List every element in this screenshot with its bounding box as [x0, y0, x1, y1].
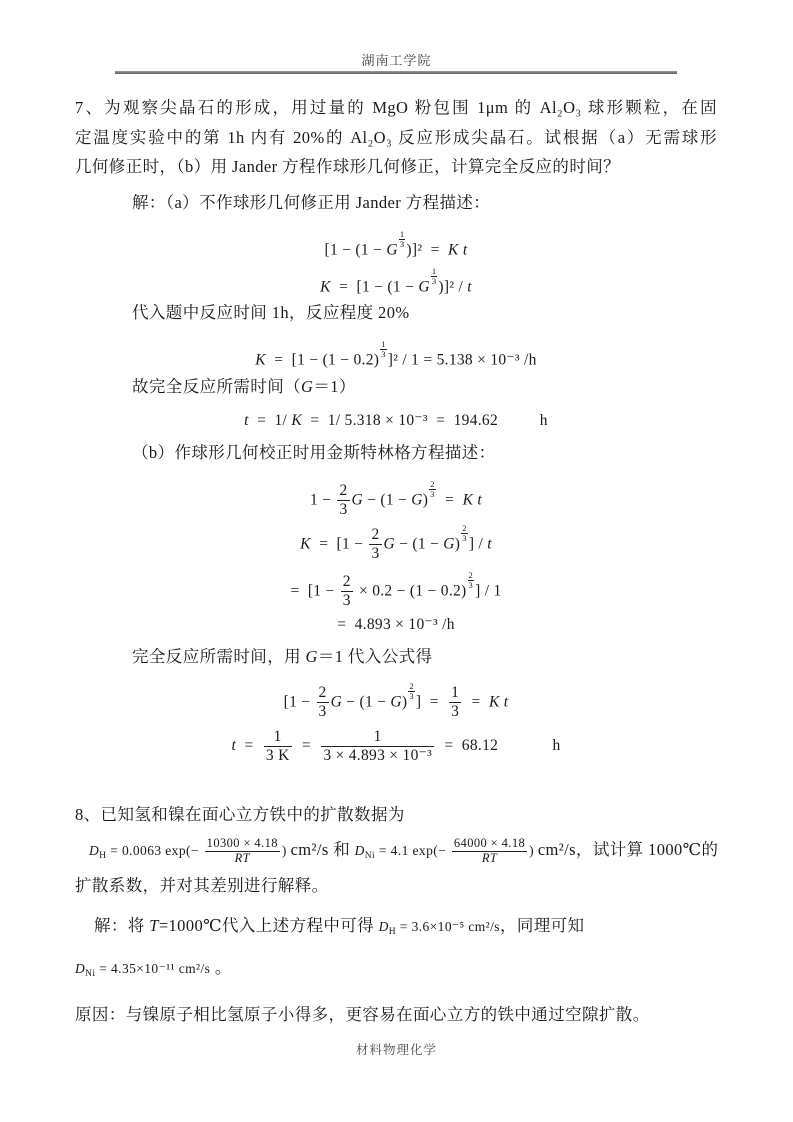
text-segment: = [1 −	[311, 535, 368, 552]
text-segment: )	[529, 843, 538, 858]
text-segment: )]² /	[438, 278, 467, 295]
q7-substitute-line: 代入题中反应时间 1h，反应程度 20%	[75, 303, 774, 324]
text-segment: = 0.0063 exp(−	[106, 843, 202, 858]
fraction: 64000 × 4.18RT	[452, 837, 527, 866]
text-segment: =	[437, 491, 463, 508]
text-segment: = [1 −	[290, 582, 338, 599]
text-segment: [1 − (1 −	[325, 241, 387, 258]
text-segment: = 4.35×10⁻¹¹ cm²/s	[95, 961, 210, 976]
text-segment: =	[236, 737, 262, 754]
subscript: Ni	[85, 969, 95, 979]
exponent-fraction: 13	[431, 267, 438, 287]
text-segment: = [1 − (1 −	[331, 278, 419, 295]
text-segment: G	[306, 647, 318, 666]
subscript: Ni	[365, 851, 375, 861]
text-segment: G	[352, 491, 364, 508]
text-segment: × 0.2 − (1 − 0.2)	[355, 582, 467, 599]
text-segment: ] =	[416, 693, 447, 710]
text-segment: )	[402, 693, 407, 710]
text-segment: K	[291, 412, 302, 429]
equation-ginstling-sub: = [1 − 23 × 0.2 − (1 − 0.2)23] / 1	[75, 571, 717, 610]
fraction: 23	[369, 526, 381, 563]
text-segment: )	[282, 843, 291, 858]
q8-diffusion-formula-line: DH = 0.0063 exp(− 10300 × 4.18RT) cm²/s …	[75, 837, 731, 866]
equation-time-b: t = 13 K = 13 × 4.893 × 10⁻³ = 68.12 h	[75, 728, 717, 765]
text-segment: K	[255, 351, 266, 368]
q7-solution-a-label: 解：（a）不作球形几何修正用 Jander 方程描述：	[75, 193, 774, 214]
q8-reason-line: 原因：与镍原子相比氢原子小得多，更容易在面心立方的铁中通过空隙扩散。	[75, 1005, 717, 1026]
text-segment: G	[331, 693, 343, 710]
q7-text-line-1: 7、为观察尖晶石的形成，用过量的 MgO 粉包围 1μm 的 Al₂O₃ 球形颗…	[75, 98, 717, 119]
q8-solution-line-1: 解：将 T=1000℃代入上述方程中可得 DH = 3.6×10⁻⁵ cm²/s…	[75, 916, 736, 939]
text-segment: =	[294, 737, 320, 754]
text-segment: G	[418, 278, 430, 295]
equation-ginstling-k-value: = 4.893 × 10⁻³ /h	[75, 616, 717, 635]
text-segment: − (1 −	[395, 535, 443, 552]
text-segment: − (1 −	[363, 491, 411, 508]
text-segment: G	[443, 535, 455, 552]
page-header-school: 湖南工学院	[0, 50, 793, 69]
text-segment: t	[487, 535, 492, 552]
text-segment: 。	[210, 958, 231, 977]
text-segment: cm²/s，试计算 1000℃的	[538, 840, 719, 859]
text-segment: )]² =	[406, 241, 448, 258]
text-segment: 故完全反应所需时间（	[132, 377, 301, 396]
text-segment: 解：将	[94, 916, 149, 935]
text-segment: G	[411, 491, 423, 508]
q7-complete-time-label: 故完全反应所需时间（G＝1）	[75, 377, 774, 398]
exponent-fraction: 23	[408, 682, 415, 702]
text-segment: D	[89, 843, 99, 858]
text-segment: =	[463, 693, 489, 710]
text-segment: ] /	[469, 535, 487, 552]
exponent-fraction: 13	[380, 340, 387, 360]
exponent-fraction: 23	[429, 480, 436, 500]
exponent-fraction: 13	[399, 230, 406, 250]
text-segment: t	[467, 278, 472, 295]
equation-ginstling-general: 1 − 23G − (1 − G)23 = K t	[75, 480, 717, 519]
fraction: 13 × 4.893 × 10⁻³	[321, 728, 434, 765]
text-segment: D	[379, 919, 389, 934]
text-segment: K	[320, 278, 331, 295]
text-segment: D	[75, 961, 85, 976]
fraction: 13	[449, 684, 461, 721]
equation-jander-general: [1 − (1 − G13)]² = K t	[75, 230, 717, 260]
text-segment: G	[390, 693, 402, 710]
text-segment: K t	[489, 693, 508, 710]
fraction: 23	[337, 482, 349, 519]
fraction: 13 K	[264, 728, 292, 765]
document-page: 湖南工学院 7、为观察尖晶石的形成，用过量的 MgO 粉包围 1μm 的 Al₂…	[0, 0, 793, 1122]
text-segment: = [1 − (1 − 0.2)	[266, 351, 379, 368]
text-segment: = 1/ 5.318 × 10⁻³ = 194.62 h	[302, 412, 548, 429]
fraction: 23	[317, 684, 329, 721]
text-segment: = 4.1 exp(−	[375, 843, 450, 858]
text-segment: G	[386, 241, 398, 258]
text-segment: − (1 −	[342, 693, 390, 710]
q8-text-line-1: 8、已知氢和镍在面心立方铁中的扩散数据为	[75, 805, 717, 826]
text-segment: )	[455, 535, 460, 552]
text-segment: 1 −	[310, 491, 335, 508]
subscript: H	[389, 927, 396, 937]
equation-k-value: K = [1 − (1 − 0.2)13]² / 1 = 5.138 × 10⁻…	[75, 340, 717, 370]
fraction: 23	[341, 573, 353, 610]
q7-complete-time-b-label: 完全反应所需时间，用 G＝1 代入公式得	[75, 647, 774, 668]
text-segment: K t	[448, 241, 467, 258]
q8-text-line-3: 扩散系数，并对其差别进行解释。	[75, 876, 717, 897]
text-segment: = 3.6×10⁻⁵ cm²/s	[396, 919, 500, 934]
equation-time-a: t = 1/ K = 1/ 5.318 × 10⁻³ = 194.62 h	[75, 412, 717, 431]
text-segment: K t	[463, 491, 482, 508]
text-segment: T	[149, 916, 159, 935]
q8-solution-line-2: DNi = 4.35×10⁻¹¹ cm²/s 。	[75, 958, 717, 981]
text-segment: [1 −	[284, 693, 315, 710]
text-segment: ＝1）	[313, 377, 355, 396]
text-segment: K	[300, 535, 311, 552]
text-segment: 完全反应所需时间，用	[132, 647, 306, 666]
text-segment: ]² / 1 = 5.138 × 10⁻³ /h	[388, 351, 537, 368]
equation-jander-k: K = [1 − (1 − G13)]² / t	[75, 267, 717, 297]
header-rule	[115, 71, 677, 74]
q7-text-line-2: 定温度实验中的第 1h 内有 20%的 Al₂O₃ 反应形成尖晶石。试根据（a）…	[75, 128, 717, 149]
text-segment: G	[301, 377, 313, 396]
fraction: 10300 × 4.18RT	[205, 837, 280, 866]
text-segment: ，同理可知	[500, 916, 585, 935]
text-segment: D	[355, 843, 365, 858]
text-segment: )	[423, 491, 428, 508]
equation-ginstling-k: K = [1 − 23G − (1 − G)23] / t	[75, 524, 717, 563]
page-footer-course: 材料物理化学	[0, 1040, 793, 1058]
text-segment: =1000℃代入上述方程中可得	[159, 916, 379, 935]
q7-text-line-3: 几何修正时，（b）用 Jander 方程作球形几何修正，计算完全反应的时间？	[75, 157, 717, 178]
text-segment: = 68.12 h	[436, 737, 560, 754]
text-segment: G	[384, 535, 396, 552]
equation-ginstling-g1: [1 − 23G − (1 − G)23] = 13 = K t	[75, 682, 717, 721]
text-segment: = 1/	[249, 412, 292, 429]
q7-solution-b-label: （b）作球形几何校正时用金斯特林格方程描述：	[75, 443, 774, 464]
text-segment: ] / 1	[475, 582, 501, 599]
text-segment: cm²/s 和	[291, 840, 355, 859]
text-segment: ＝1 代入公式得	[318, 647, 433, 666]
exponent-fraction: 23	[468, 571, 475, 591]
text-segment: = 4.893 × 10⁻³ /h	[337, 616, 455, 633]
exponent-fraction: 23	[461, 524, 468, 544]
